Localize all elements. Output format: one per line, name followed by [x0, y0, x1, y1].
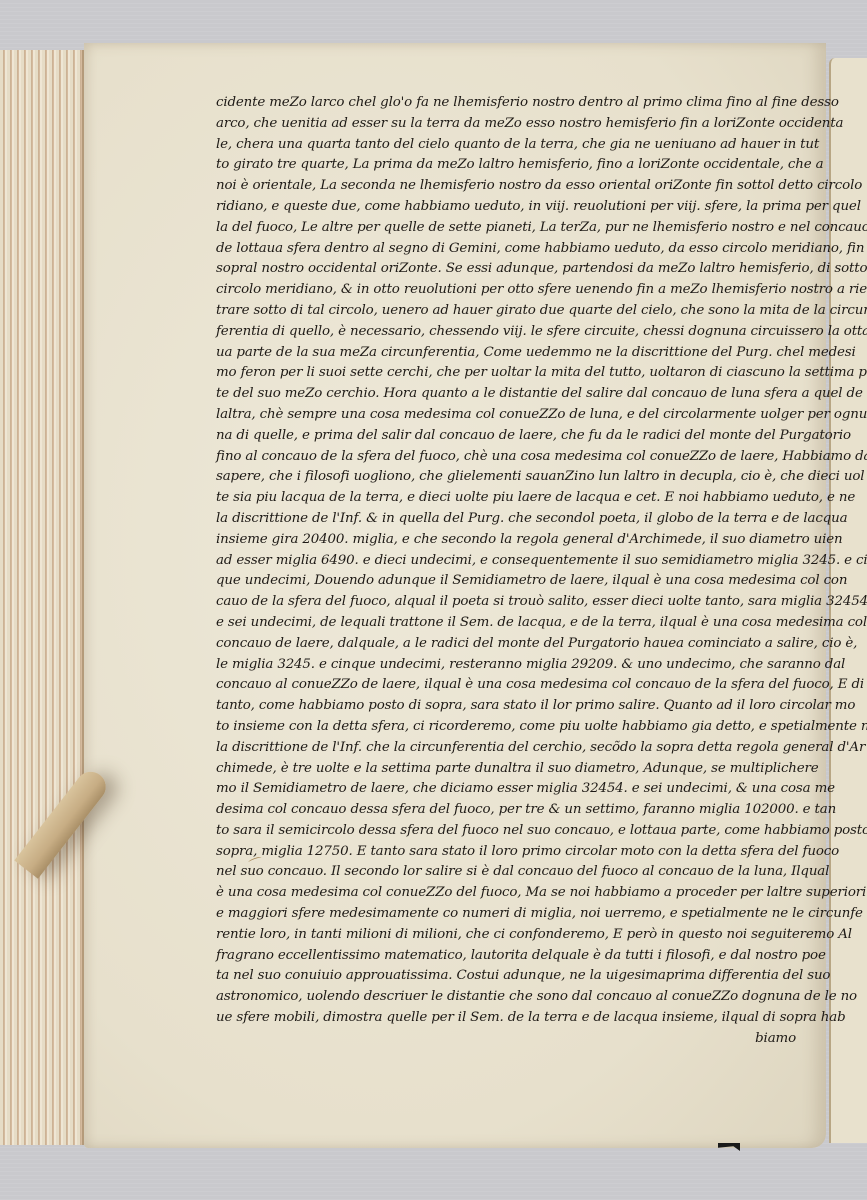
text-line: e maggiori sfere medesimamente co numeri… — [216, 904, 796, 925]
text-line: concauo de laere, dalquale, a le radici … — [216, 634, 796, 655]
text-line: arco, che uenitia ad esser su la terra d… — [216, 114, 796, 135]
text-line: fragrano eccellentissimo matematico, lau… — [216, 946, 796, 967]
text-line: ua parte de la sua meZa circunferentia, … — [216, 343, 796, 364]
text-line: mo il Semidiametro de laere, che diciamo… — [216, 779, 796, 800]
book-page: cidente meZo larco chel glo'o fa ne lhem… — [84, 43, 826, 1148]
text-line: laltra, chè sempre una cosa medesima col… — [216, 405, 796, 426]
text-line: ad esser miglia 6490. e dieci undecimi, … — [216, 551, 796, 572]
text-line: ue sfere mobili, dimostra quelle per il … — [216, 1008, 796, 1029]
text-line: de lottaua sfera dentro al segno di Gemi… — [216, 239, 796, 260]
text-line: ridiano, e queste due, come habbiamo ued… — [216, 197, 796, 218]
catchword: biamo — [216, 1029, 796, 1050]
text-line: insieme gira 20400. miglia, e che second… — [216, 530, 796, 551]
text-line: le miglia 3245. e cinque undecimi, reste… — [216, 655, 796, 676]
text-line: te del suo meZo cerchio. Hora quanto a l… — [216, 384, 796, 405]
text-line: sopral nostro occidental oriZonte. Se es… — [216, 259, 796, 280]
text-line: ferentia di quello, è necessario, chesse… — [216, 322, 796, 343]
text-line: chimede, è tre uolte e la settima parte … — [216, 759, 796, 780]
text-line: ta nel suo conuiuio approuatissima. Cost… — [216, 966, 796, 987]
text-line: la del fuoco, Le altre per quelle de set… — [216, 218, 796, 239]
text-line: tanto, come habbiamo posto di sopra, sar… — [216, 696, 796, 717]
text-line: trare sotto di tal circolo, uenero ad ha… — [216, 301, 796, 322]
text-line: cidente meZo larco chel glo'o fa ne lhem… — [216, 93, 796, 114]
text-line: mo feron per li suoi sette cerchi, che p… — [216, 363, 796, 384]
text-line: le, chera una quarta tanto del cielo qua… — [216, 135, 796, 156]
text-line: cauo de la sfera del fuoco, alqual il po… — [216, 592, 796, 613]
text-line: na di quelle, e prima del salir dal conc… — [216, 426, 796, 447]
text-line: concauo al conueZZo de laere, ilqual è u… — [216, 675, 796, 696]
text-line: desima col concauo dessa sfera del fuoco… — [216, 800, 796, 821]
text-line: to insieme con la detta sfera, ci ricord… — [216, 717, 796, 738]
text-line: to girato tre quarte, La prima da meZo l… — [216, 155, 796, 176]
page-text: cidente meZo larco chel glo'o fa ne lhem… — [216, 93, 796, 1050]
text-line: astronomico, uolendo descriuer le distan… — [216, 987, 796, 1008]
text-line: rentie loro, in tanti milioni di milioni… — [216, 925, 796, 946]
text-line: fino al concauo de la sfera del fuoco, c… — [216, 447, 796, 468]
text-line: circolo meridiano, & in otto reuolutioni… — [216, 280, 796, 301]
text-line: que undecimi, Douendo adunque il Semidia… — [216, 571, 796, 592]
text-line: te sia piu lacqua de la terra, e dieci u… — [216, 488, 796, 509]
text-line: la discrittione de l'Inf. che la circunf… — [216, 738, 796, 759]
text-line: è una cosa medesima col conueZZo del fuo… — [216, 883, 796, 904]
text-line: la discrittione de l'Inf. & in quella de… — [216, 509, 796, 530]
text-line: e sei undecimi, de lequali trattone il S… — [216, 613, 796, 634]
text-line: sapere, che i filosofi uogliono, che gli… — [216, 467, 796, 488]
text-line: noi è orientale, La seconda ne lhemisfer… — [216, 176, 796, 197]
text-line: sopra, miglia 12750. E tanto sara stato … — [216, 842, 796, 863]
text-line: nel suo concauo. Il secondo lor salire s… — [216, 862, 796, 883]
text-line: to sara il semicircolo dessa sfera del f… — [216, 821, 796, 842]
stacked-page-edges — [0, 50, 84, 1145]
